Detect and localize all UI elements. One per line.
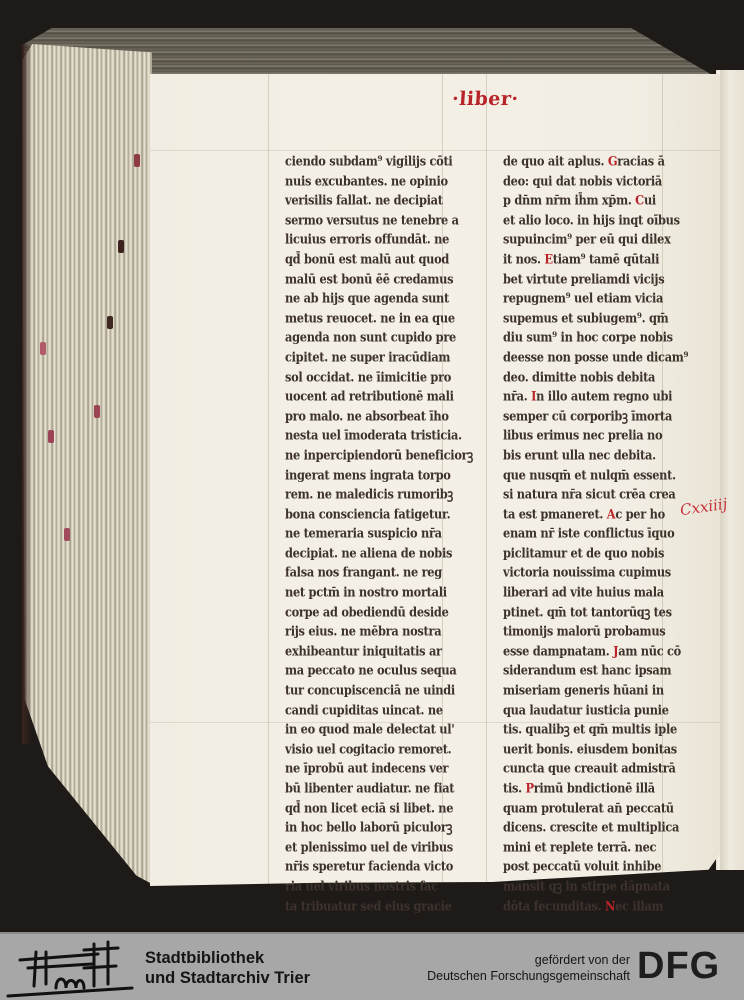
rubricated-initial: E: [544, 251, 552, 267]
page-tab-marker: [134, 154, 140, 167]
library-name: Stadtbibliothek und Stadtarchiv Trier: [145, 948, 310, 988]
facing-page-edge: [720, 70, 744, 870]
funding-credit-line1: gefördert von der: [427, 952, 630, 968]
ruling-line: [486, 74, 487, 886]
page-tab-marker: [94, 405, 100, 418]
stadtbibliothek-trier-logo[interactable]: [6, 938, 134, 998]
page-tab-marker: [64, 528, 70, 541]
book-fore-edge: [22, 44, 152, 884]
rubricated-initial: G: [608, 153, 617, 169]
text-column-right: de quo ait aplus. Gracias ādeo: qui dat …: [503, 152, 718, 916]
rubricated-initial: I: [531, 388, 536, 404]
page-tab-marker: [40, 342, 46, 355]
running-head: ·liber·: [451, 88, 519, 110]
page-tab-marker: [107, 316, 113, 329]
funding-credit: gefördert von der Deutschen Forschungsge…: [427, 952, 630, 984]
rubricated-initial: A: [607, 506, 616, 522]
dfg-logo[interactable]: DFG: [637, 946, 720, 986]
ruling-line: [268, 74, 269, 886]
funding-credit-line2: Deutschen Forschungsgemeinschaft: [427, 968, 630, 984]
library-name-line1: Stadtbibliothek: [145, 948, 310, 968]
rubricated-initial: J: [613, 643, 618, 659]
page-tab-marker: [118, 240, 124, 253]
footer-bar: Stadtbibliothek und Stadtarchiv Trier ge…: [0, 932, 744, 1000]
rubricated-initial: C: [635, 192, 644, 208]
manuscript-image-viewer: ·liber· ciendo subdam⁹ vigilijs cōtinuis…: [0, 0, 744, 932]
text-column-left: ciendo subdam⁹ vigilijs cōtinuis excuban…: [285, 152, 475, 916]
rubricated-initial: P: [525, 780, 533, 796]
text-line: dōta fecunditas. Nec illam: [503, 895, 718, 918]
rubricated-initial: N: [605, 897, 615, 913]
text-line: ta tribuatur sed eius gracie: [285, 895, 475, 918]
binding-shadow: [22, 44, 32, 744]
page-tab-marker: [48, 430, 54, 443]
library-name-line2: und Stadtarchiv Trier: [145, 968, 310, 988]
